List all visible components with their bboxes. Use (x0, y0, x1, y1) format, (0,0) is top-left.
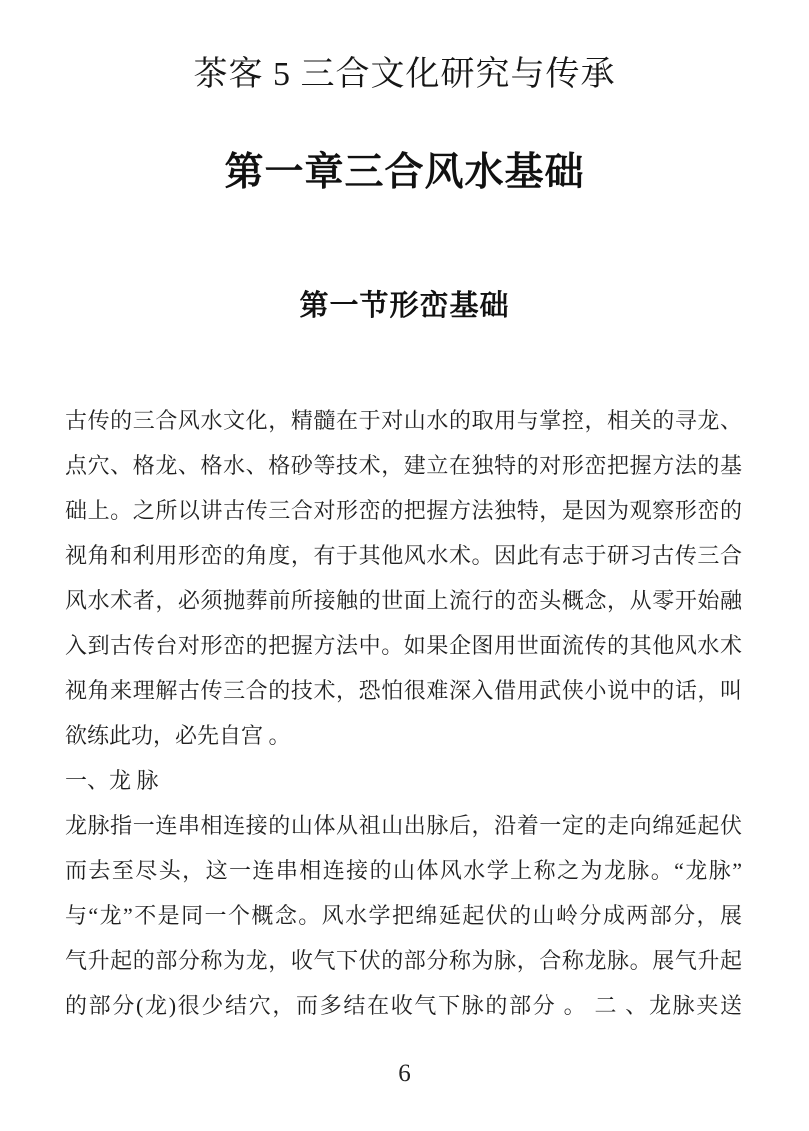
body-text: 古传的三合风水文化，精髓在于对山水的取用与掌控，相关的寻龙、 点穴、格龙、格水、… (65, 398, 742, 1028)
text-line: 础上。之所以讲古传三合对形峦的把握方法独特，是因为观察形峦的 (65, 488, 742, 533)
document-title: 茶客 5 三合文化研究与传承 (0, 46, 809, 95)
text-line: 视角和利用形峦的角度，有于其他风水术。因此有志于研习古传三合 (65, 533, 742, 578)
text-line: 而去至尽头，这一连串相连接的山体风水学上称之为龙脉。“龙脉” (65, 848, 742, 893)
page-number: 6 (0, 1060, 809, 1088)
text-line: 气升起的部分称为龙，收气下伏的部分称为脉，合称龙脉。展气升起 (65, 938, 742, 983)
text-line: 点穴、格龙、格水、格砂等技术，建立在独特的对形峦把握方法的基 (65, 443, 742, 488)
text-line: 的部分(龙)很少结穴，而多结在收气下脉的部分 。 二 、龙脉夹送 (65, 983, 742, 1028)
text-line: 欲练此功，必先自宫 。 (65, 713, 742, 758)
document-page: 茶客 5 三合文化研究与传承 第一章三合风水基础 第一节形峦基础 古传的三合风水… (0, 0, 809, 1131)
subheading-dragon-vein: 一、龙 脉 (65, 758, 742, 803)
chapter-title: 第一章三合风水基础 (0, 141, 809, 197)
text-line: 龙脉指一连串相连接的山体从祖山出脉后，沿着一定的走向绵延起伏 (65, 803, 742, 848)
text-line: 与“龙”不是同一个概念。风水学把绵延起伏的山岭分成两部分，展 (65, 893, 742, 938)
text-line: 入到古传台对形峦的把握方法中。如果企图用世面流传的其他风水术 (65, 623, 742, 668)
text-line: 视角来理解古传三合的技术，恐怕很难深入借用武侠小说中的话，叫 (65, 668, 742, 713)
text-line: 风水术者，必须抛葬前所接触的世面上流行的峦头概念，从零开始融 (65, 578, 742, 623)
section-title: 第一节形峦基础 (0, 283, 809, 324)
text-line: 古传的三合风水文化，精髓在于对山水的取用与掌控，相关的寻龙、 (65, 398, 742, 443)
